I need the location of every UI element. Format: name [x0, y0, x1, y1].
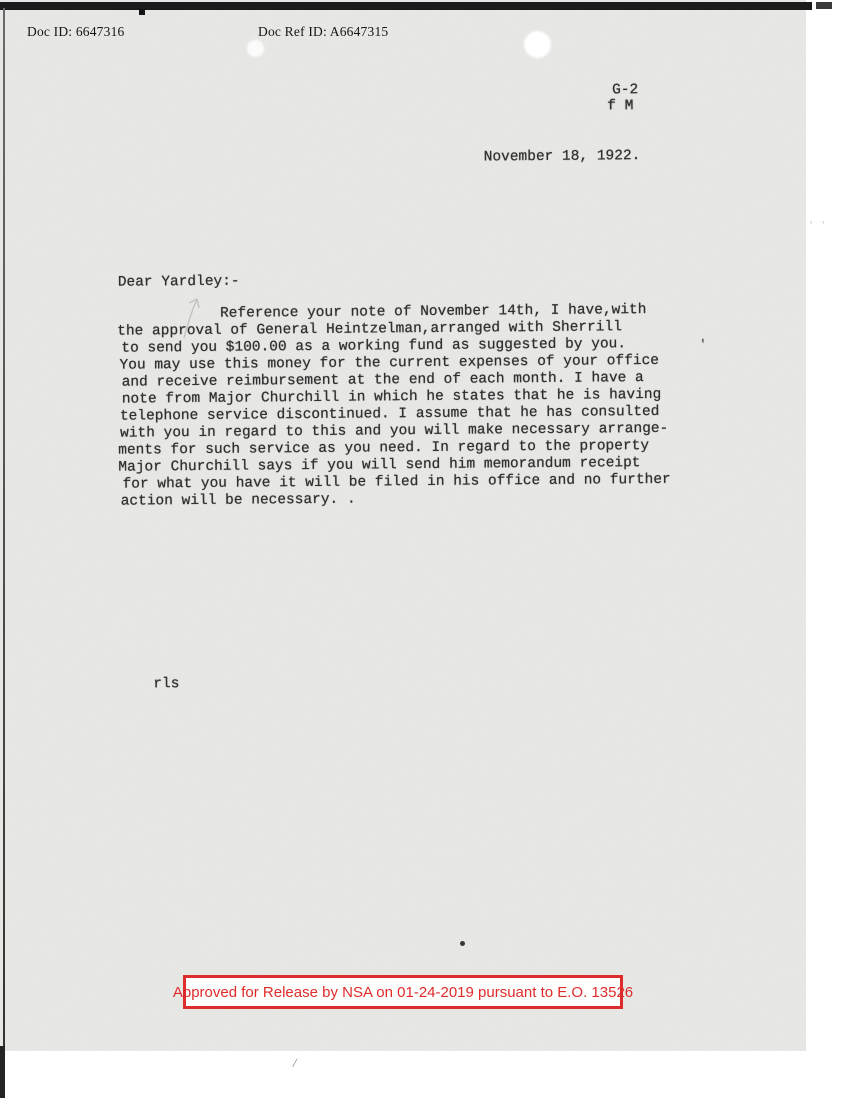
stray-type-mark: ' [699, 338, 706, 352]
routing-code: G-2 [612, 82, 638, 98]
scanner-top-strip-fragment [816, 2, 832, 9]
typist-initials: rls [153, 676, 179, 692]
salutation: Dear Yardley:- [118, 274, 240, 291]
faint-margin-marks: ’ ’ [810, 220, 828, 230]
routing-initials: f M [607, 98, 633, 114]
ink-speck [460, 941, 465, 946]
release-stamp-text: Approved for Release by NSA on 01-24-201… [173, 984, 633, 1001]
letter-body: Reference your note of November 14th, I … [117, 301, 719, 510]
typewritten-letter: G-2 f M November 18, 1922. Dear Yardley:… [0, 0, 811, 1055]
stray-slash-mark: / [292, 1055, 298, 1071]
bottom-left-edge-mark [0, 1046, 5, 1098]
scanned-document-page: Doc ID: 6647316 Doc Ref ID: A6647315 G-2… [0, 0, 850, 1100]
letter-date: November 18, 1922. [484, 148, 641, 165]
release-stamp-box: Approved for Release by NSA on 01-24-201… [183, 975, 623, 1009]
